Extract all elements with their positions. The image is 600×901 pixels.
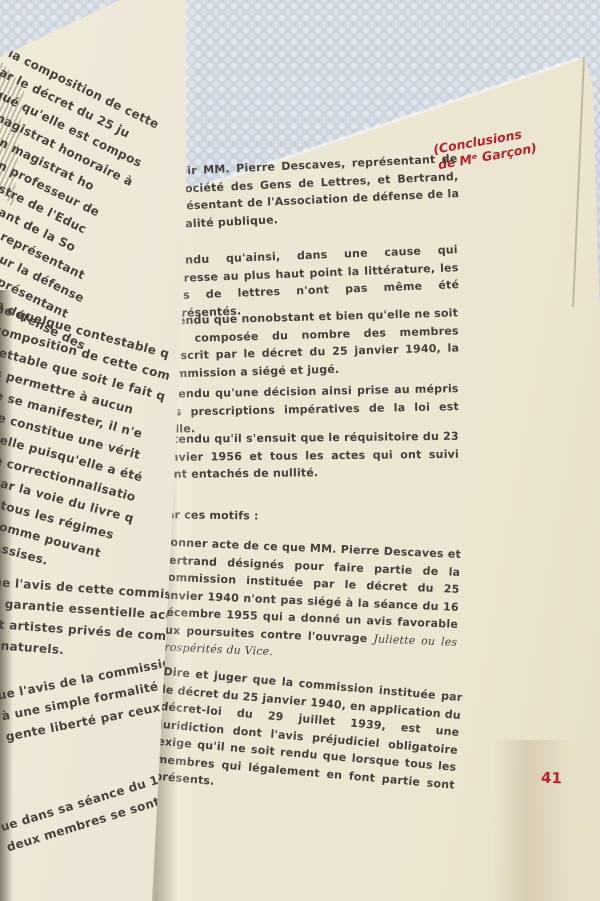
paragraph-attendu-nonobstant: Attendu que nonobstant et bien qu'elle n… [149, 304, 460, 383]
left-paragraph-seance: ue dans sa séance du 1 deux membres se s… [0, 770, 168, 858]
paragraph-donner-acte: Donner acte de ce que MM. Pierre Descave… [147, 533, 461, 668]
book-photo: (Conclusions de Mᵉ Garçon) savoir MM. Pi… [0, 0, 600, 901]
paragraph-donner-acte-text: Donner acte de ce que MM. Pierre Descave… [157, 535, 461, 644]
page-number: 41 [541, 769, 562, 788]
left-paragraph-contestable: que quelque contestable q a composition … [0, 296, 180, 590]
paragraph-attendu-requisitoire: Attendu qu'il s'ensuit que le réquisitoi… [150, 428, 460, 484]
right-page-crease-shadow [492, 740, 572, 901]
paragraph-savoir: savoir MM. Pierre Descaves, représentant… [148, 150, 460, 234]
